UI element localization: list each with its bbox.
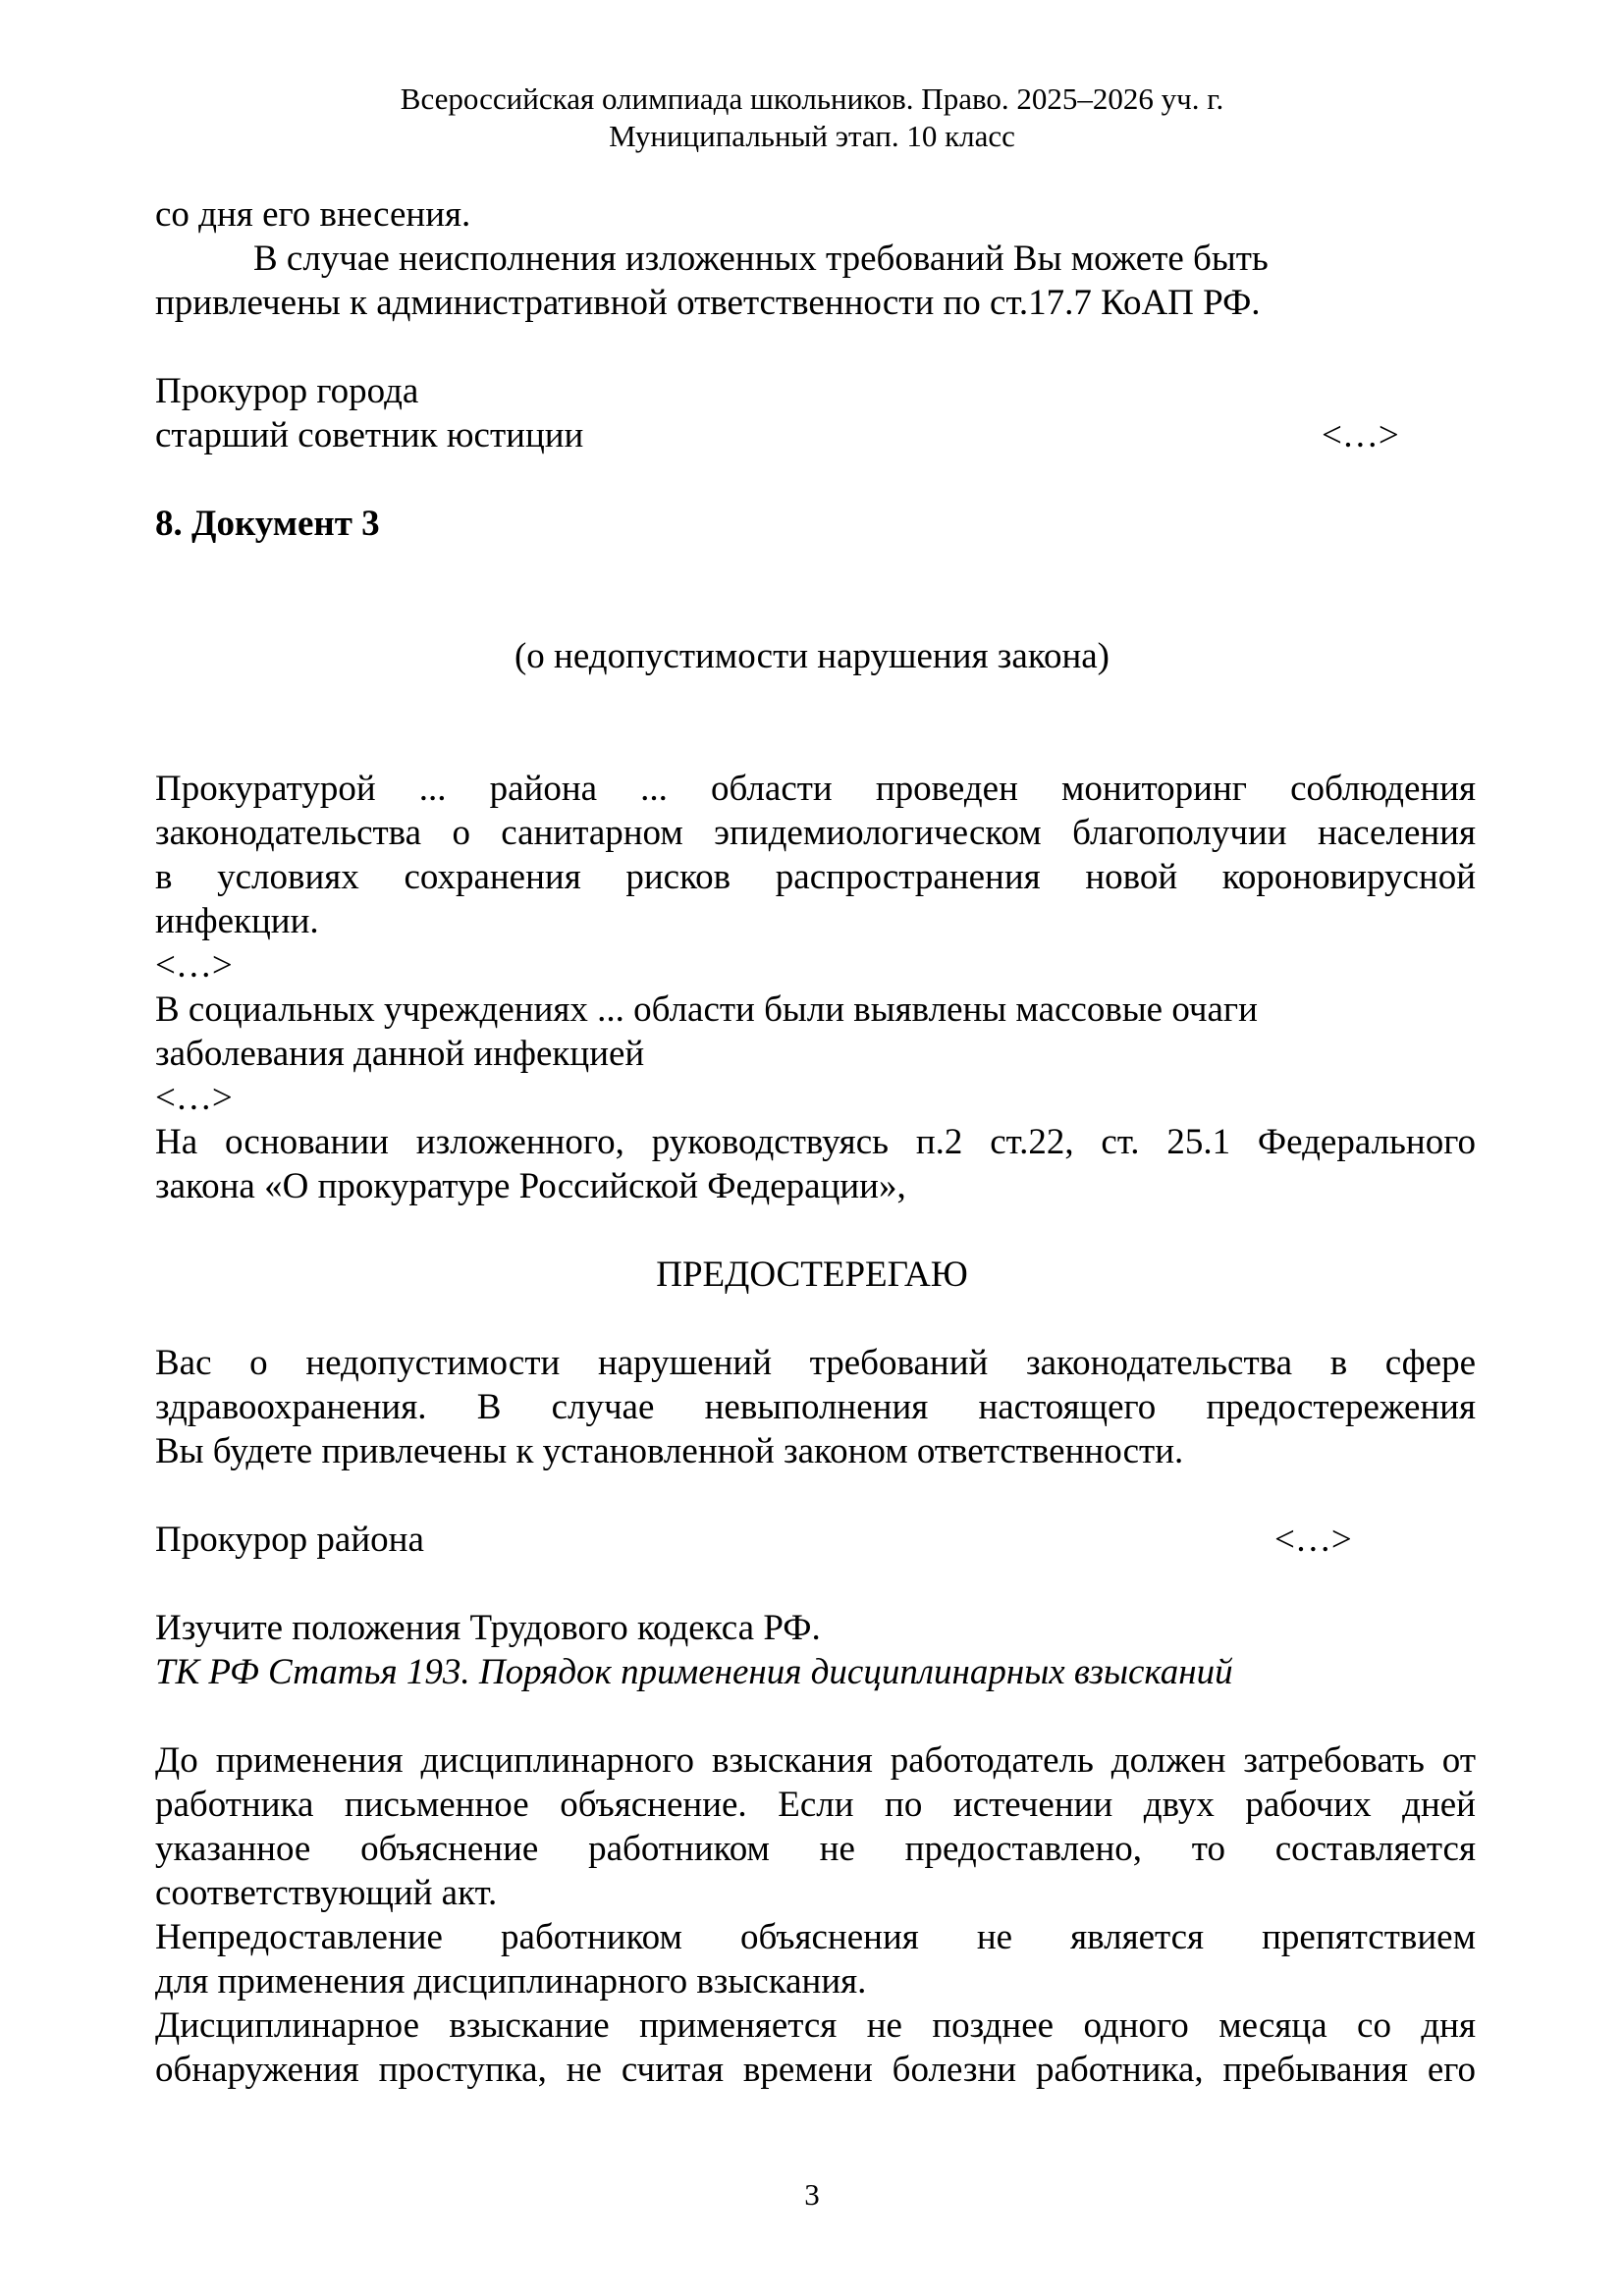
paragraph-line: На основании изложенного, руководствуясь… <box>155 1120 1476 1164</box>
article-title: ТК РФ Статья 193. Порядок применения дис… <box>155 1650 1233 1694</box>
paragraph-line: В социальных учреждениях ... области был… <box>155 988 1258 1032</box>
text-line: со дня его внесения. <box>155 192 470 237</box>
paragraph-line: закона «О прокуратуре Российской Федерац… <box>155 1164 906 1208</box>
signer-rank: старший советник юстиции <box>155 413 583 457</box>
paragraph-line: Дисциплинарное взыскание применяется не … <box>155 2003 1476 2048</box>
signature-placeholder: <…> <box>1322 413 1399 457</box>
paragraph-line: законодательства о санитарном эпидемиоло… <box>155 811 1476 855</box>
signer-title: Прокурор района <box>155 1518 424 1562</box>
paragraph-line: указанное объяснение работником не предо… <box>155 1827 1476 1871</box>
header-subtitle: Муниципальный этап. 10 класс <box>0 118 1624 155</box>
paragraph-line: в условиях сохранения рисков распростран… <box>155 855 1476 899</box>
signature-placeholder: <…> <box>1274 1518 1352 1562</box>
paragraph-line: Вы будете привлечены к установленной зак… <box>155 1429 1183 1473</box>
header-title: Всероссийская олимпиада школьников. Прав… <box>0 80 1624 118</box>
paragraph-line: До применения дисциплинарного взыскания … <box>155 1738 1476 1783</box>
paragraph-line: здравоохранения. В случае невыполнения н… <box>155 1385 1476 1429</box>
paragraph-line: Вас о недопустимости нарушений требовани… <box>155 1341 1476 1385</box>
paragraph-line: соответствующий акт. <box>155 1871 497 1915</box>
paragraph-line: Прокуратурой ... района ... области пров… <box>155 767 1476 811</box>
paragraph-line: инфекции. <box>155 899 319 943</box>
paragraph-line: работника письменное объяснение. Если по… <box>155 1783 1476 1827</box>
omission-marker: <…> <box>155 1076 233 1120</box>
signer-title: Прокурор города <box>155 369 418 413</box>
warning-title: ПРЕДОСТЕРЕГАЮ <box>0 1253 1624 1297</box>
text-line: В случае неисполнения изложенных требова… <box>253 237 1269 281</box>
page-number: 3 <box>0 2176 1624 2214</box>
paragraph-line: обнаружения проступка, не считая времени… <box>155 2048 1476 2092</box>
omission-marker: <…> <box>155 943 233 988</box>
document-subtitle: (о недопустимости нарушения закона) <box>0 634 1624 678</box>
section-heading: 8. Документ 3 <box>155 502 380 546</box>
paragraph-line: заболевания данной инфекцией <box>155 1032 644 1076</box>
instruction-text: Изучите положения Трудового кодекса РФ. <box>155 1606 821 1650</box>
paragraph-line: Непредоставление работником объяснения н… <box>155 1915 1476 1959</box>
text-line: привлечены к административной ответствен… <box>155 281 1261 325</box>
paragraph-line: для применения дисциплинарного взыскания… <box>155 1959 866 2003</box>
